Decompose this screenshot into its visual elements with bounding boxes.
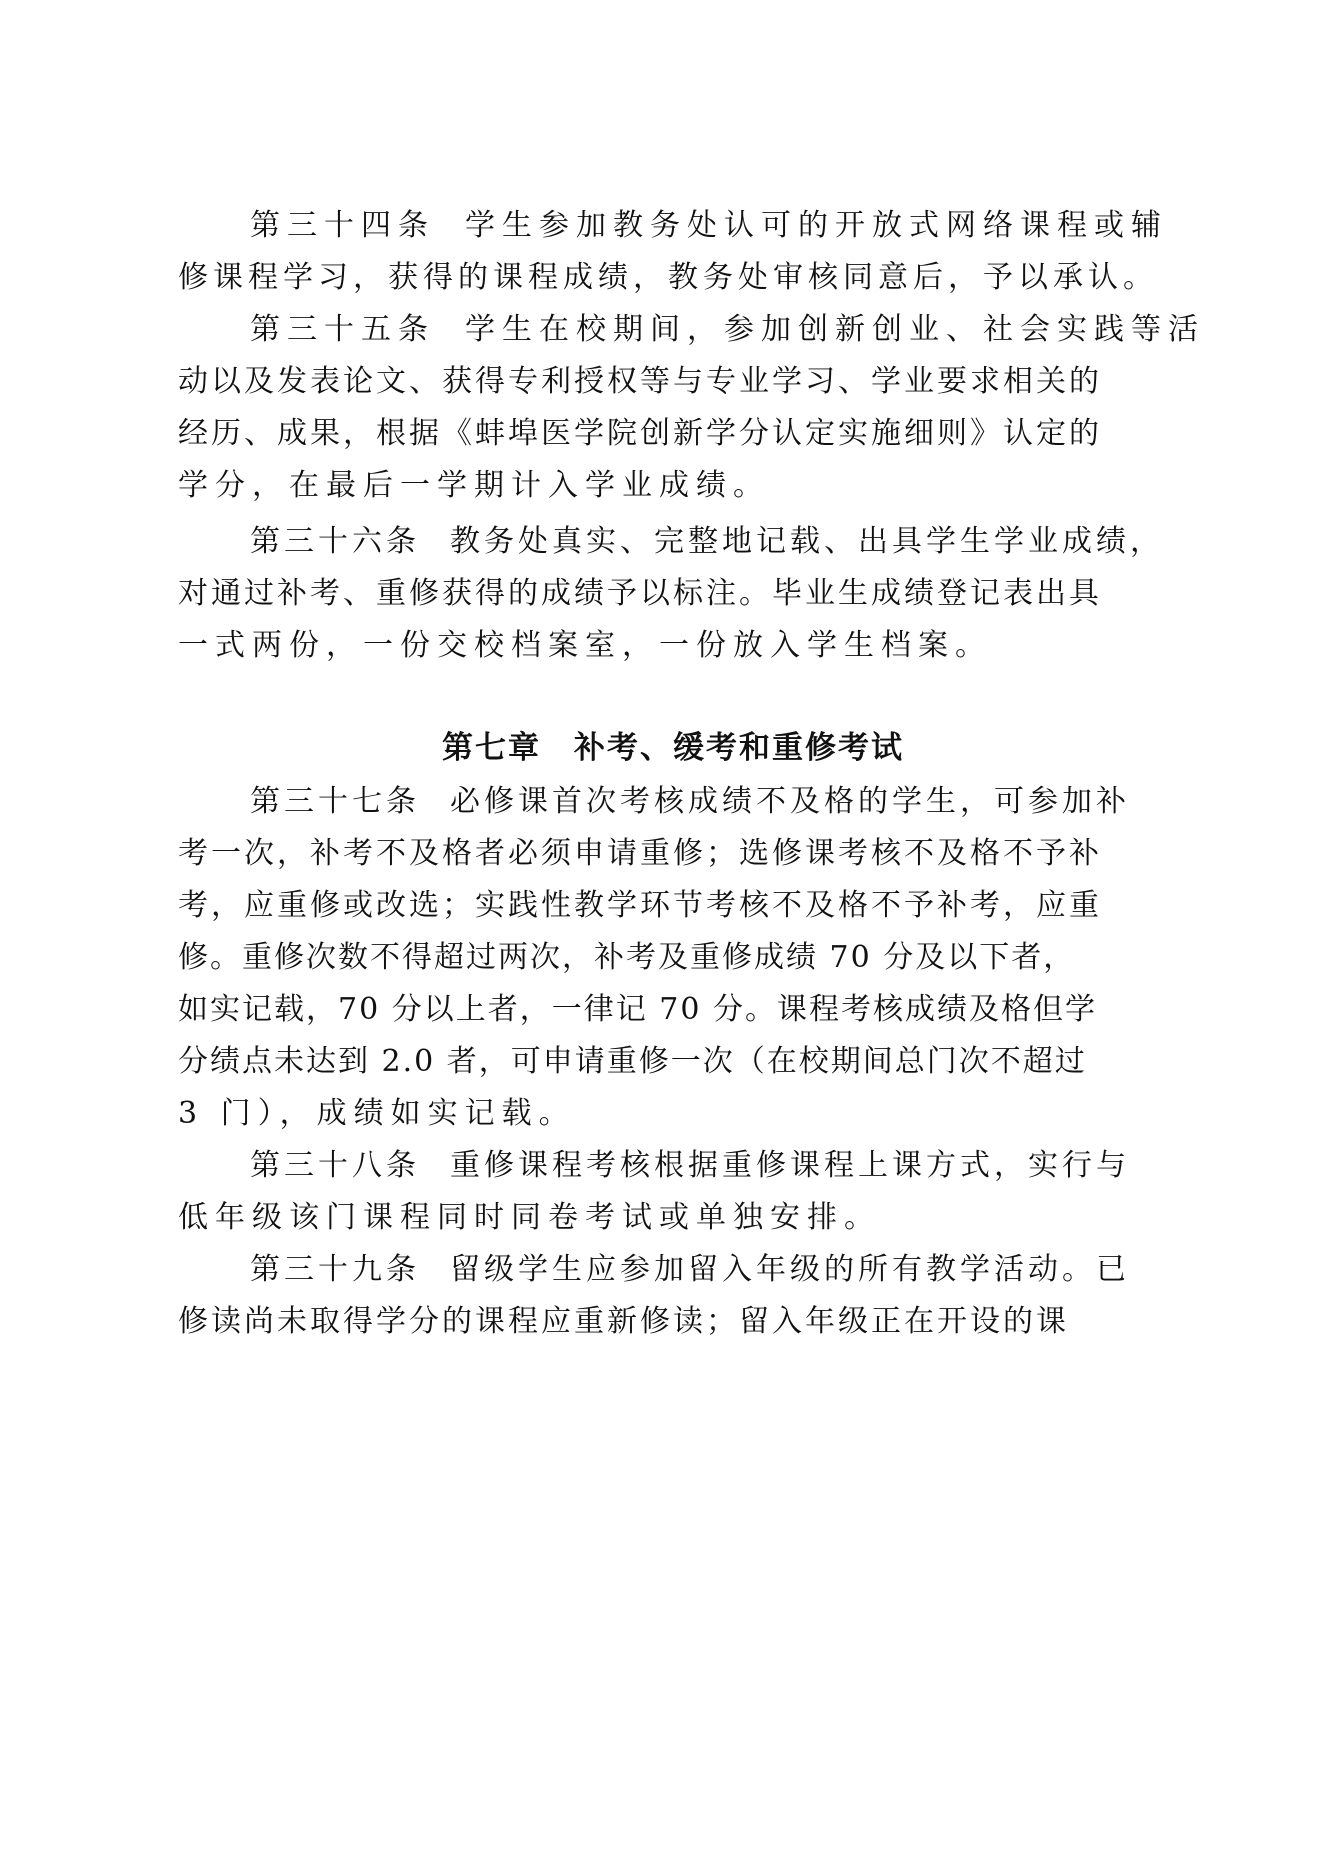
- article-text: 教务处真实、完整地记载、出具学生学业成绩，: [450, 524, 1164, 559]
- article-label: 第三十九条: [250, 1252, 420, 1287]
- article-label: 第三十八条: [250, 1148, 420, 1183]
- article-label: 第三十四条: [250, 208, 435, 243]
- chapter-title: 第七章 补考、缓考和重修考试: [178, 722, 1168, 774]
- article-39-line-1: 第三十九条留级学生应参加留入年级的所有教学活动。已: [250, 1244, 1130, 1296]
- article-text: 学生参加教务处认可的开放式网络课程或辅: [465, 208, 1168, 243]
- article-39-line-2: 修读尚未取得学分的课程应重新修读；留入年级正在开设的课: [178, 1296, 1069, 1348]
- article-37-line-3: 考，应重修或改选；实践性教学环节考核不及格不予补考，应重: [178, 880, 1102, 932]
- article-36-line-3: 一式两份，一份交校档案室，一份放入学生档案。: [178, 620, 992, 672]
- article-text: 重修课程考核根据重修课程上课方式，实行与: [450, 1148, 1130, 1183]
- article-34-line-1: 第三十四条学生参加教务处认可的开放式网络课程或辅: [250, 200, 1168, 252]
- article-37-line-2: 考一次，补考不及格者必须申请重修；选修课考核不及格不予补: [178, 828, 1102, 880]
- article-text: 学生在校期间，参加创新创业、社会实践等活: [465, 312, 1205, 347]
- article-text: 必修课首次考核成绩不及格的学生，可参加补: [450, 784, 1130, 819]
- article-35-line-2: 动以及发表论文、获得专利授权等与专业学习、学业要求相关的: [178, 356, 1102, 408]
- article-label: 第三十七条: [250, 784, 420, 819]
- article-35-line-1: 第三十五条学生在校期间，参加创新创业、社会实践等活: [250, 304, 1205, 356]
- article-37-line-7: 3 门），成绩如实记载。: [178, 1088, 576, 1140]
- article-36-line-2: 对通过补考、重修获得的成绩予以标注。毕业生成绩登记表出具: [178, 568, 1102, 620]
- article-label: 第三十五条: [250, 312, 435, 347]
- article-37-line-5: 如实记载，70 分以上者，一律记 70 分。课程考核成绩及格但学: [178, 984, 1097, 1036]
- article-37-line-4: 修。重修次数不得超过两次，补考及重修成绩 70 分及以下者，: [178, 932, 1075, 984]
- article-text: 留级学生应参加留入年级的所有教学活动。已: [450, 1252, 1130, 1287]
- article-38-line-2: 低年级该门课程同时同卷考试或单独安排。: [178, 1192, 881, 1244]
- article-37-line-6: 分绩点未达到 2.0 者，可申请重修一次（在校期间总门次不超过: [178, 1036, 1087, 1088]
- article-35-line-4: 学分，在最后一学期计入学业成绩。: [178, 460, 770, 512]
- article-38-line-1: 第三十八条重修课程考核根据重修课程上课方式，实行与: [250, 1140, 1130, 1192]
- article-36-line-1: 第三十六条教务处真实、完整地记载、出具学生学业成绩，: [250, 516, 1164, 568]
- article-37-line-1: 第三十七条必修课首次考核成绩不及格的学生，可参加补: [250, 776, 1130, 828]
- article-35-line-3: 经历、成果，根据《蚌埠医学院创新学分认定实施细则》认定的: [178, 408, 1102, 460]
- article-34-line-2: 修课程学习，获得的课程成绩，教务处审核同意后，予以承认。: [178, 252, 1158, 304]
- article-label: 第三十六条: [250, 524, 420, 559]
